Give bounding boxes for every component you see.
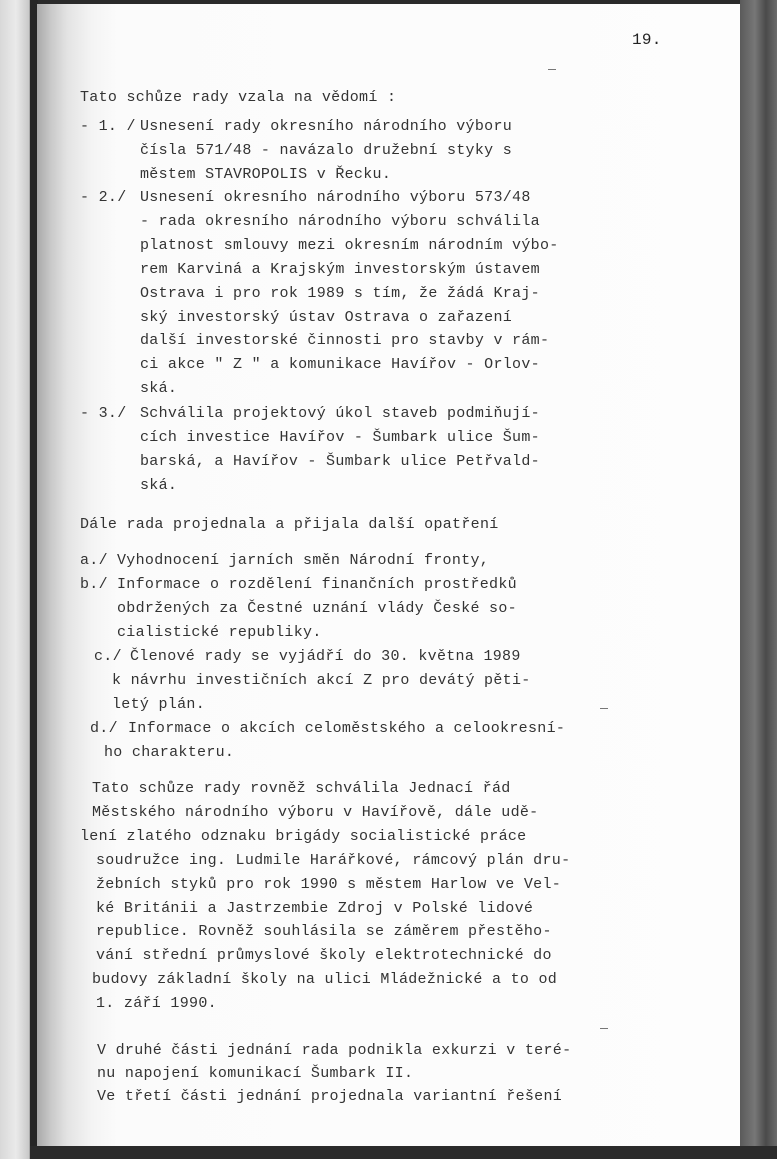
measure-line: ho charakteru. (104, 745, 234, 760)
measure-line: letý plán. (112, 697, 205, 712)
measure-line: cialistické republiky. (117, 625, 322, 640)
page-number: 19. (632, 32, 662, 48)
paragraph-line: budovy základní školy na ulici Mládežnic… (92, 972, 557, 987)
measure-label: b./ (80, 577, 108, 592)
paragraph-line: V druhé části jednání rada podnikla exku… (97, 1043, 571, 1058)
paragraph-line: Tato schůze rady rovněž schválila Jednac… (92, 781, 511, 796)
item-line: další investorské činnosti pro stavby v … (140, 333, 549, 348)
paragraph-line: soudružce ing. Ludmile Harářkové, rámcov… (96, 853, 570, 868)
item-line: Ostrava i pro rok 1989 s tím, že žádá Kr… (140, 286, 540, 301)
paragraph-line: žebních styků pro rok 1990 s městem Harl… (96, 877, 561, 892)
item-line: ci akce " Z " a komunikace Havířov - Orl… (140, 357, 540, 372)
scanner-bottom-edge (30, 1146, 777, 1159)
measure-line: Vyhodnocení jarních směn Národní fronty, (117, 553, 489, 568)
measure-line: k návrhu investičních akcí Z pro devátý … (112, 673, 531, 688)
item-label: - 1. / (80, 119, 136, 134)
item-line: - rada okresního národního výboru schvál… (140, 214, 540, 229)
intro-line: Tato schůze rady vzala na vědomí : (80, 90, 396, 105)
paragraph-line: lení zlatého odznaku brigády socialistic… (80, 829, 526, 844)
section-heading: Dále rada projednala a přijala další opa… (80, 517, 499, 532)
item-label: - 2./ (80, 190, 127, 205)
paragraph-line: republice. Rovněž souhlásila se záměrem … (96, 924, 552, 939)
paragraph-line: ké Británii a Jastrzembie Zdroj v Polské… (96, 901, 533, 916)
stray-mark (548, 69, 556, 70)
scanner-right-edge (740, 0, 777, 1159)
measure-label: c./ (94, 649, 122, 664)
measure-line: Informace o rozdělení finančních prostře… (117, 577, 517, 592)
stray-mark (600, 1028, 608, 1029)
item-line: čísla 571/48 - navázalo družební styky s (140, 143, 512, 158)
item-line: Usnesení okresního národního výboru 573/… (140, 190, 531, 205)
item-line: rem Karviná a Krajským investorským ústa… (140, 262, 540, 277)
stray-mark (600, 708, 608, 709)
item-line: platnost smlouvy mezi okresním národním … (140, 238, 559, 253)
paragraph-line: Ve třetí části jednání projednala varian… (97, 1089, 562, 1104)
item-line: Usnesení rady okresního národního výboru (140, 119, 512, 134)
item-line: cích investice Havířov - Šumbark ulice Š… (140, 430, 540, 445)
item-line: Schválila projektový úkol staveb podmiňu… (140, 406, 540, 421)
paragraph-line: Městského národního výboru v Havířově, d… (92, 805, 538, 820)
paragraph-line: nu napojení komunikací Šumbark II. (97, 1066, 413, 1081)
item-line: ská. (140, 381, 177, 396)
item-line: městem STAVROPOLIS v Řecku. (140, 167, 391, 182)
measure-line: obdržených za Čestné uznání vlády České … (117, 601, 517, 616)
measure-label: d./ (90, 721, 118, 736)
measure-line: Informace o akcích celoměstského a celoo… (128, 721, 565, 736)
item-line: ský investorský ústav Ostrava o zařazení (140, 310, 512, 325)
measure-label: a./ (80, 553, 108, 568)
adjacent-page-edge (0, 0, 32, 1159)
item-label: - 3./ (80, 406, 127, 421)
item-line: ská. (140, 478, 177, 493)
paragraph-line: 1. září 1990. (96, 996, 217, 1011)
paragraph-line: vání střední průmyslové školy elektrotec… (96, 948, 552, 963)
measure-line: Členové rady se vyjádří do 30. května 19… (130, 649, 521, 664)
item-line: barská, a Havířov - Šumbark ulice Petřva… (140, 454, 540, 469)
